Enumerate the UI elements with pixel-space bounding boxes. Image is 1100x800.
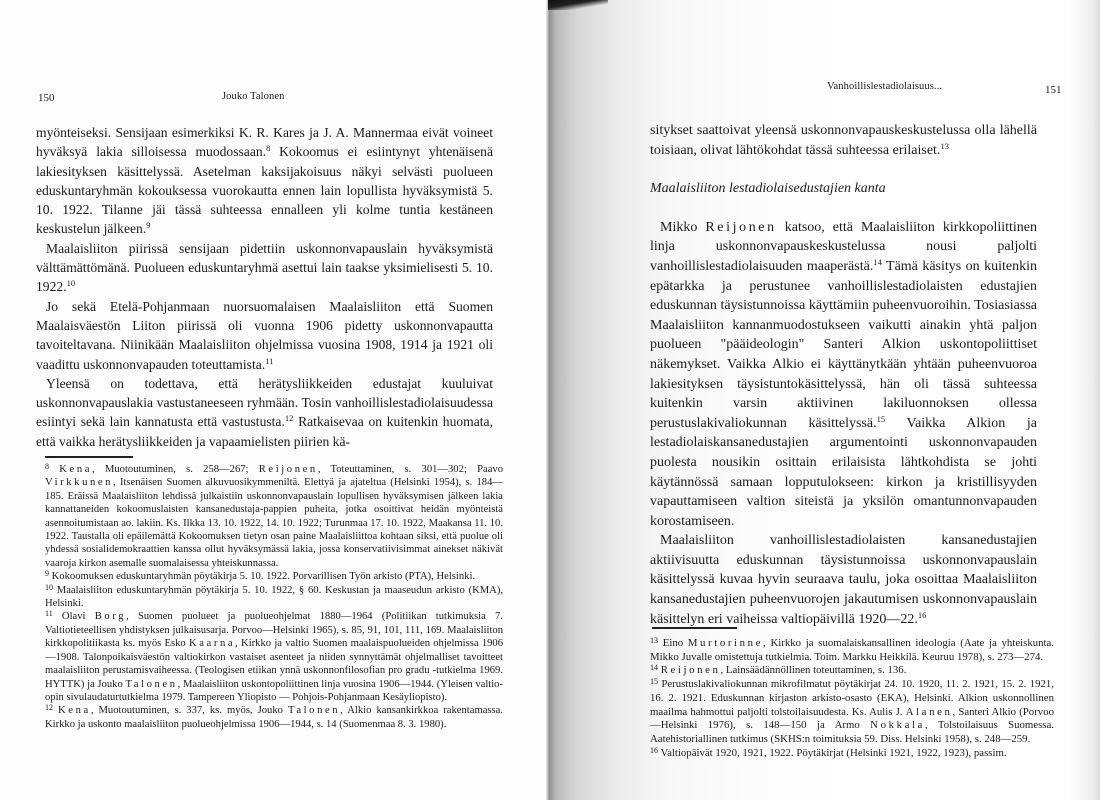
footnote-reference: 14 (873, 257, 882, 267)
running-head-right: Vanhoillislestadiolaisuus... (827, 81, 942, 92)
footnote-reference: 12 (285, 413, 294, 423)
footnote-8: 8 Kena, Muotoutuminen, s. 258—267; Reijo… (45, 463, 503, 570)
author-name: Kena (58, 705, 91, 716)
footnotes-right: 13 Eino Murtorinne, Kirkko ja suomalaisk… (650, 637, 1054, 760)
footnote-number: 16 (650, 746, 658, 755)
continuation-paragraph: sitykset saattoivat yleensä uskonnonvapa… (650, 121, 1037, 160)
footnote-reference: 16 (918, 610, 927, 620)
body-text-left: myönteiseksi. Sensijaan esimerkiksi K. R… (36, 123, 493, 451)
footnote-13: 13 Eino Murtorinne, Kirkko ja suomalaisk… (650, 637, 1054, 664)
footnote-reference: 11 (265, 356, 273, 366)
paragraph: myönteiseksi. Sensijaan esimerkiksi K. R… (36, 123, 493, 239)
footnote-number: 15 (650, 677, 658, 686)
footnote-reference: 10 (67, 278, 76, 288)
footnote-number: 10 (45, 583, 53, 592)
author-name: Nokkala (870, 719, 925, 731)
footnote-number: 14 (650, 663, 658, 672)
author-name: Reijonen (259, 464, 318, 475)
paragraph: Yleensä on todettava, että herätysliikke… (36, 374, 493, 451)
footnote-9: 9 Kokoomuksen eduskuntaryhmän pöytäkirja… (45, 570, 503, 583)
footnote-11: 11 Olavi Borg, Suomen puolueet ja puolue… (45, 610, 503, 704)
page-number-right: 151 (1045, 84, 1062, 96)
book-gutter (546, 0, 549, 800)
footnote-number: 13 (650, 636, 658, 645)
footnote-number: 9 (45, 569, 49, 578)
paragraph: Mikko Reijonen katsoo, että Maalaisliito… (650, 218, 1037, 532)
footnotes-left: 8 Kena, Muotoutuminen, s. 258—267; Reijo… (45, 463, 503, 731)
body-text-right: sitykset saattoivat yleensä uskonnonvapa… (650, 121, 1037, 629)
author-name: Virkkunen (45, 477, 113, 488)
author-name: Talonen (125, 679, 177, 690)
footnote-number: 12 (45, 703, 53, 712)
footnote-number: 8 (45, 462, 49, 471)
page-number-left: 150 (38, 92, 55, 104)
author-name: Kena (59, 464, 92, 475)
author-name: Kaarna (189, 638, 235, 649)
paragraph: Maalaisliiton piirissä sensijaan pidetti… (36, 239, 493, 297)
author-name: Borg (95, 611, 126, 622)
author-name: Murtorinne (688, 637, 763, 649)
paragraph: Jo sekä Etelä-Pohjanmaan nuorsuomalaisen… (36, 297, 493, 374)
footnote-divider-left (45, 456, 133, 458)
section-heading: Maalaisliiton lestadiolaisedustajien kan… (650, 179, 1037, 199)
footnote-reference: 8 (266, 143, 270, 153)
author-name: Reijonen (705, 220, 776, 235)
author-name: Talonen (288, 705, 340, 716)
footnote-reference: 13 (940, 141, 949, 151)
footnote-15: 15 Perustuslakivaliokunnan mikrofilmatut… (650, 678, 1054, 747)
author-name: Alanen (906, 706, 953, 718)
footnote-divider-right (652, 627, 737, 629)
footnote-number: 11 (45, 609, 53, 618)
footnote-10: 10 Maalaisliiton eduskuntaryhmän pöytäki… (45, 584, 503, 611)
left-page: 150 Jouko Talonen myönteiseksi. Sensijaa… (0, 0, 548, 800)
footnote-12: 12 Kena, Muotoutuminen, s. 337, ks. myös… (45, 704, 503, 731)
gutter-shadow (548, 0, 608, 10)
footnote-14: 14 Reijonen, Lainsäädännöllinen toteutta… (650, 664, 1054, 678)
footnote-16: 16 Valtiopäivät 1920, 1921, 1922. Pöytäk… (650, 747, 1054, 761)
running-head-left: Jouko Talonen (222, 91, 285, 102)
footnote-reference: 9 (146, 220, 150, 230)
author-name: Reijonen (661, 664, 721, 676)
book-spread: 150 Jouko Talonen myönteiseksi. Sensijaa… (0, 0, 1100, 800)
footnote-reference: 15 (877, 414, 886, 424)
paragraph: Maalaisliiton vanhoillislestadiolaisten … (650, 531, 1037, 629)
